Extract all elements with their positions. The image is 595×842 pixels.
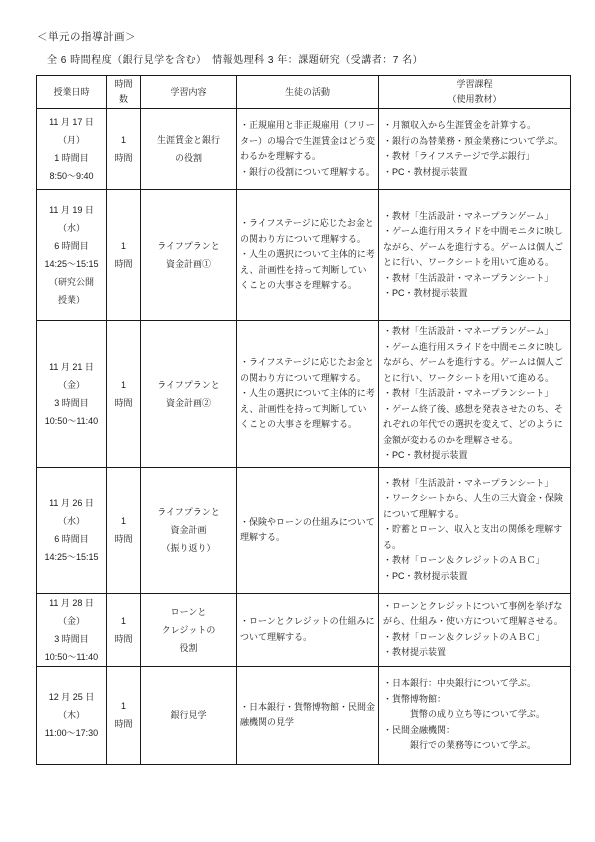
cell-materials: ・ローンとクレジットについて事例を挙げながら、仕組み・使い方について理解させる。…: [379, 593, 571, 666]
table-row: 11 月 21 日 （金） 3 時間目 10:50～11:40 1 時間 ライフ…: [37, 321, 571, 468]
column-header-hours: 時間 数: [107, 76, 141, 109]
page-title: ＜単元の指導計画＞: [37, 29, 136, 44]
table-row: 11 月 19 日 （水） 6 時間目 14:25～15:15 （研究公開 授業…: [37, 190, 571, 321]
cell-datetime: 12 月 25 日 （木） 11:00～17:30: [37, 666, 107, 764]
cell-activities: ・正規雇用と非正規雇用（フリーター）の場合で生涯賃金はどう変わるかを理解する。 …: [237, 109, 379, 190]
cell-materials: ・教材「生活設計・マネープランゲーム」 ・ゲーム進行用スライドを中間モニタに映し…: [379, 190, 571, 321]
table-row: 11 月 28 日 （金） 3 時間目 10:50～11:40 1 時間 ローン…: [37, 593, 571, 666]
cell-activities: ・保険やローンの仕組みについて理解する。: [237, 467, 379, 593]
table-row: 11 月 17 日 （月） 1 時間目 8:50～9:40 1 時間 生涯賃金と…: [37, 109, 571, 190]
cell-materials: ・教材「生活設計・マネープランゲーム」 ・ゲーム進行用スライドを中間モニタに映し…: [379, 321, 571, 468]
cell-hours: 1 時間: [107, 467, 141, 593]
cell-materials: ・教材「生活設計・マネープランシート」 ・ワークシートから、人生の三大資金・保険…: [379, 467, 571, 593]
cell-datetime: 11 月 28 日 （金） 3 時間目 10:50～11:40: [37, 593, 107, 666]
cell-datetime: 11 月 17 日 （月） 1 時間目 8:50～9:40: [37, 109, 107, 190]
cell-content: 生涯賃金と銀行 の役割: [141, 109, 237, 190]
cell-content: ライフプランと 資金計画①: [141, 190, 237, 321]
document-page: ＜単元の指導計画＞ 全 6 時間程度（銀行見学を含む） 情報処理科 3 年：課題…: [0, 0, 595, 842]
cell-hours: 1 時間: [107, 321, 141, 468]
cell-content: ライフプランと 資金計画 （振り返り）: [141, 467, 237, 593]
cell-datetime: 11 月 19 日 （水） 6 時間目 14:25～15:15 （研究公開 授業…: [37, 190, 107, 321]
cell-hours: 1 時間: [107, 593, 141, 666]
column-header-activities: 生徒の活動: [237, 76, 379, 109]
cell-activities: ・日本銀行・貨幣博物館・民間金融機関の見学: [237, 666, 379, 764]
cell-activities: ・ライフステージに応じたお金との関わり方について理解する。 ・人生の選択について…: [237, 321, 379, 468]
cell-hours: 1 時間: [107, 190, 141, 321]
cell-hours: 1 時間: [107, 109, 141, 190]
cell-datetime: 11 月 26 日 （水） 6 時間目 14:25～15:15: [37, 467, 107, 593]
cell-materials: ・月額収入から生涯賃金を計算する。 ・銀行の為替業務・預金業務について学ぶ。 ・…: [379, 109, 571, 190]
cell-content: ローンと クレジットの 役割: [141, 593, 237, 666]
cell-activities: ・ローンとクレジットの仕組みについて理解する。: [237, 593, 379, 666]
column-header-content: 学習内容: [141, 76, 237, 109]
table-row: 11 月 26 日 （水） 6 時間目 14:25～15:15 1 時間 ライフ…: [37, 467, 571, 593]
lesson-plan-table: 授業日時 時間 数 学習内容 生徒の活動 学習課程 （使用教材） 11 月 17…: [36, 75, 571, 765]
cell-materials: ・日本銀行：中央銀行について学ぶ。 ・貨幣博物館： 貨幣の成り立ち等について学ぶ…: [379, 666, 571, 764]
cell-activities: ・ライフステージに応じたお金との関わり方について理解する。 ・人生の選択について…: [237, 190, 379, 321]
cell-datetime: 11 月 21 日 （金） 3 時間目 10:50～11:40: [37, 321, 107, 468]
cell-hours: 1 時間: [107, 666, 141, 764]
column-header-materials: 学習課程 （使用教材）: [379, 76, 571, 109]
cell-content: ライフプランと 資金計画②: [141, 321, 237, 468]
column-header-datetime: 授業日時: [37, 76, 107, 109]
page-subtitle: 全 6 時間程度（銀行見学を含む） 情報処理科 3 年：課題研究（受講者：7 名…: [47, 51, 423, 66]
table-row: 12 月 25 日 （木） 11:00～17:30 1 時間 銀行見学 ・日本銀…: [37, 666, 571, 764]
header-row: 授業日時 時間 数 学習内容 生徒の活動 学習課程 （使用教材）: [37, 76, 571, 109]
cell-content: 銀行見学: [141, 666, 237, 764]
